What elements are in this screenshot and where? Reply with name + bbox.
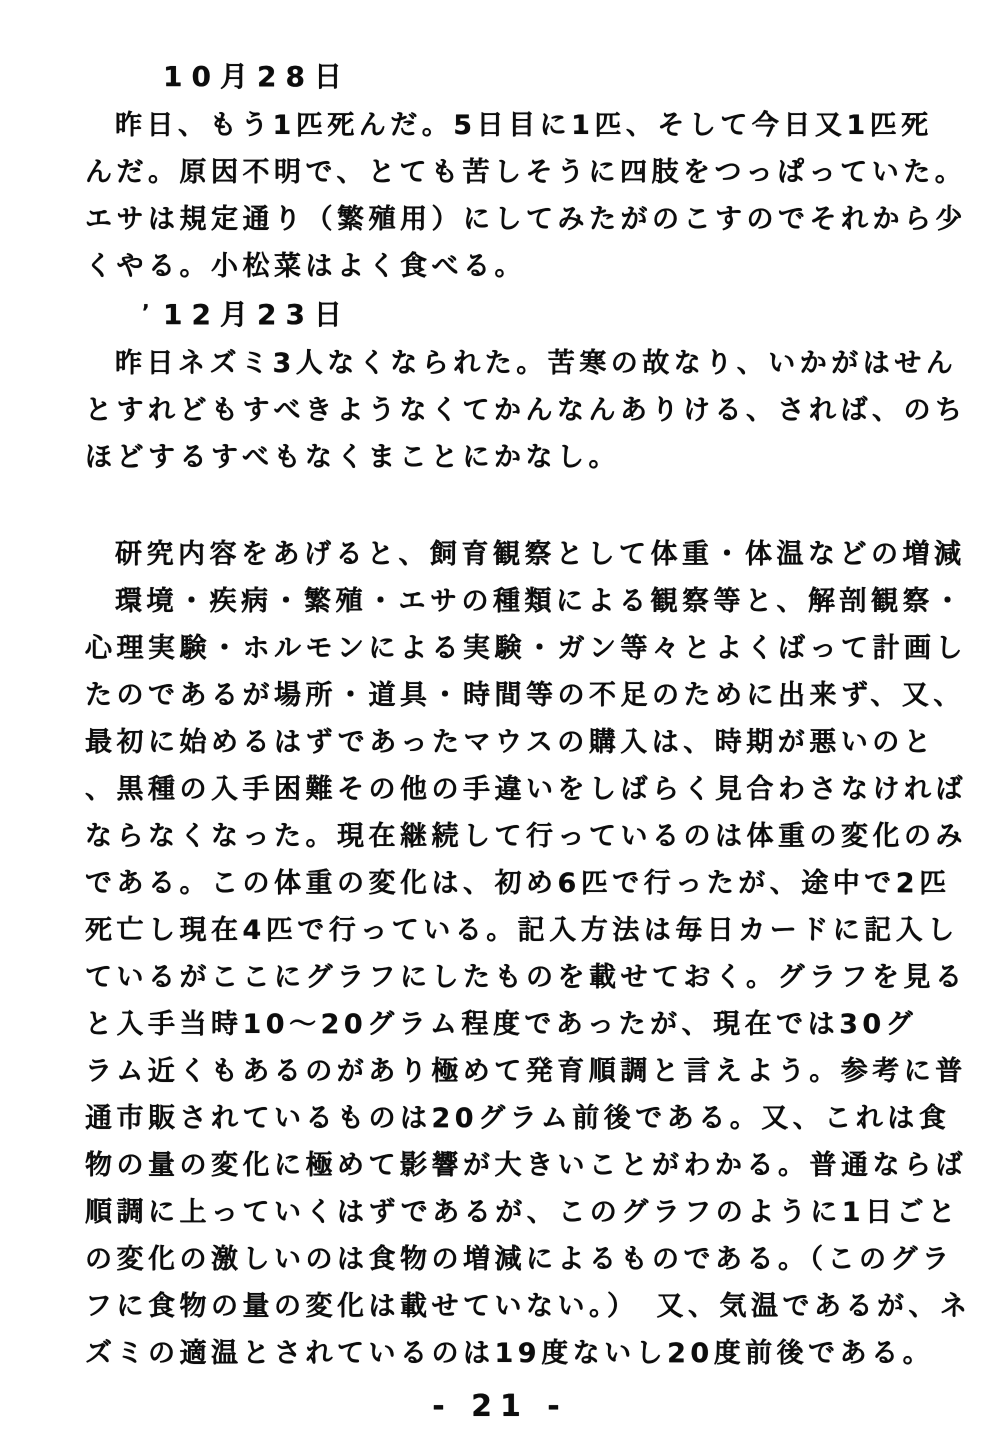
text-line: ズミの適温とされているのは19度ないし20度前後である。 (85, 1330, 940, 1377)
text-line: ラム近くもあるのがあり極めて発育順調と言えよう。参考に普 (85, 1048, 940, 1095)
text-line: フに食物の量の変化は載せていない。） 又、気温であるが、ネ (85, 1283, 940, 1330)
text-line: ならなくなった。現在継続して行っているのは体重の変化のみ (85, 813, 940, 860)
text-line: ほどするすべもなくまことにかなし。 (85, 434, 940, 481)
text-line: 研究内容をあげると、飼育観察として体重・体温などの増減 (85, 531, 940, 578)
text-line: くやる。小松菜はよく食べる。 (85, 243, 940, 290)
text-line: んだ。原因不明で、とても苦しそうに四肢をつっぱっていた。 (85, 149, 940, 196)
text-line: 昨日、もう1匹死んだ。5日目に1匹、そして今日又1匹死 (85, 102, 940, 149)
scanned-page: 10月28日 昨日、もう1匹死んだ。5日目に1匹、そして今日又1匹死 んだ。原因… (0, 0, 1000, 1452)
text-line: たのであるが場所・道具・時間等の不足のために出来ず、又、 (85, 672, 940, 719)
stray-ink-mark: ʼ (142, 300, 150, 324)
entry-date-heading: 10月28日 (85, 52, 940, 102)
diary-entry-december: 12月23日 昨日ネズミ3人なくなられた。苦寒の故なり、いかがはせん とすれども… (85, 290, 940, 481)
text-line: とすれどもすべきようなくてかんなんありける、されば、のち (85, 387, 940, 434)
entry-date-heading: 12月23日 (85, 290, 940, 340)
text-line: 、黒種の入手困難その他の手違いをしばらく見合わさなければ (85, 766, 940, 813)
text-line: 死亡し現在4匹で行っている。記入方法は毎日カードに記入し (85, 907, 940, 954)
text-line: 順調に上っていくはずであるが、このグラフのように1日ごと (85, 1189, 940, 1236)
text-line: の変化の激しいのは食物の増減によるものである。（このグラ (85, 1236, 940, 1283)
text-line: 通市販されているものは20グラム前後である。又、これは食 (85, 1095, 940, 1142)
diary-entry-october: 10月28日 昨日、もう1匹死んだ。5日目に1匹、そして今日又1匹死 んだ。原因… (85, 52, 940, 290)
text-line: 環境・疾病・繁殖・エサの種類による観察等と、解剖観察・ (85, 578, 940, 625)
page-number: - 21 - (0, 1389, 1000, 1424)
text-line: 心理実験・ホルモンによる実験・ガン等々とよくばって計画し (85, 625, 940, 672)
text-line: 物の量の変化に極めて影響が大きいことがわかる。普通ならば (85, 1142, 940, 1189)
text-line: 昨日ネズミ3人なくなられた。苦寒の故なり、いかがはせん (85, 340, 940, 387)
text-line: 最初に始めるはずであったマウスの購入は、時期が悪いのと (85, 719, 940, 766)
section-divider-space (85, 481, 940, 531)
text-line: エサは規定通り（繁殖用）にしてみたがのこすのでそれから少 (85, 196, 940, 243)
research-summary-paragraph: 研究内容をあげると、飼育観察として体重・体温などの増減 環境・疾病・繁殖・エサの… (85, 531, 940, 1377)
text-line: と入手当時10〜20グラム程度であったが、現在では30グ (85, 1001, 940, 1048)
text-line: ているがここにグラフにしたものを載せておく。グラフを見る (85, 954, 940, 1001)
text-line: である。この体重の変化は、初め6匹で行ったが、途中で2匹 (85, 860, 940, 907)
